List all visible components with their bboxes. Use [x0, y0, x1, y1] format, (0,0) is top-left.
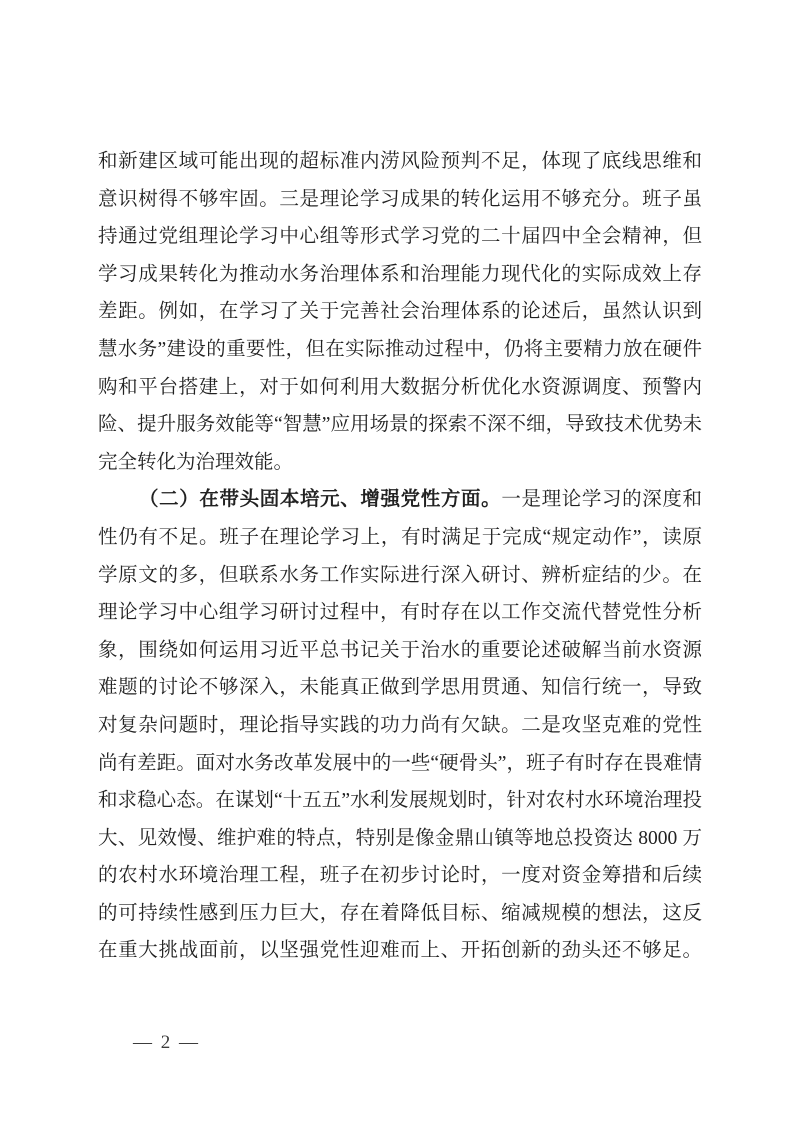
body-text-line: 和求稳心态。在谋划“十五五”水利发展规划时，针对农村水环境治理投入 [98, 782, 702, 820]
body-text-line: 理论学习中心组学习研讨过程中，有时存在以工作交流代替党性分析的现 [98, 594, 702, 632]
body-text-line: （二）在带头固本培元、增强党性方面。一是理论学习的深度和系统 [98, 481, 702, 519]
body-text-line: 在重大挑战面前，以坚强党性迎难而上、开拓创新的劲头还不够足。三是 [98, 932, 702, 970]
body-text-line: 意识树得不够牢固。三是理论学习成果的转化运用不够充分。班子虽然坚 [98, 181, 702, 219]
body-text-line: 的可持续性感到压力巨大，存在着降低目标、缩减规模的想法，这反映出 [98, 895, 702, 933]
body-text-line: 险、提升服务效能等“智慧”应用场景的探索不深不细，导致技术优势未能 [98, 406, 702, 444]
document-body: 和新建区域可能出现的超标准内涝风险预判不足，体现了底线思维和忧患 意识树得不够牢… [98, 143, 702, 970]
body-text-line: 难题的讨论不够深入，未能真正做到学思用贯通、知信行统一，导致在面 [98, 669, 702, 707]
document-page: 和新建区域可能出现的超标准内涝风险预判不足，体现了底线思维和忧患 意识树得不够牢… [0, 0, 793, 1122]
body-text-line: 完全转化为治理效能。 [98, 444, 702, 482]
page-number: — 2 — [133, 1029, 200, 1057]
body-text-line: 差距。例如，在学习了关于完善社会治理体系的论述后，虽然认识到“智 [98, 293, 702, 331]
body-text-line: 学原文的多，但联系水务工作实际进行深入研讨、辨析症结的少。在党组 [98, 557, 702, 595]
body-text-line: 的农村水环境治理工程，班子在初步讨论时，一度对资金筹措和后续管护 [98, 857, 702, 895]
body-text-line: 尚有差距。面对水务改革发展中的一些“硬骨头”，班子有时存在畏难情绪 [98, 745, 702, 783]
section-2-heading: （二）在带头固本培元、增强党性方面。 [139, 489, 501, 510]
body-text-line: 购和平台搭建上，对于如何利用大数据分析优化水资源调度、预警内涝风 [98, 369, 702, 407]
body-text-line: 学习成果转化为推动水务治理体系和治理能力现代化的实际成效上存在 [98, 256, 702, 294]
body-text-line: 性仍有不足。班子在理论学习上，有时满足于完成“规定动作”，读原著、 [98, 519, 702, 557]
body-text-line: 象，围绕如何运用习近平总书记关于治水的重要论述破解当前水资源管理 [98, 632, 702, 670]
body-text-line: 和新建区域可能出现的超标准内涝风险预判不足，体现了底线思维和忧患 [98, 143, 702, 181]
body-text-line: 大、见效慢、维护难的特点，特别是像金鼎山镇等地总投资达 8000 万元 [98, 820, 702, 858]
body-text-line: 持通过党组理论学习中心组等形式学习党的二十届四中全会精神，但在将 [98, 218, 702, 256]
body-text-line: 慧水务”建设的重要性，但在实际推动过程中，仍将主要精力放在硬件采 [98, 331, 702, 369]
body-text-line: 对复杂问题时，理论指导实践的功力尚有欠缺。二是攻坚克难的党性锤炼 [98, 707, 702, 745]
